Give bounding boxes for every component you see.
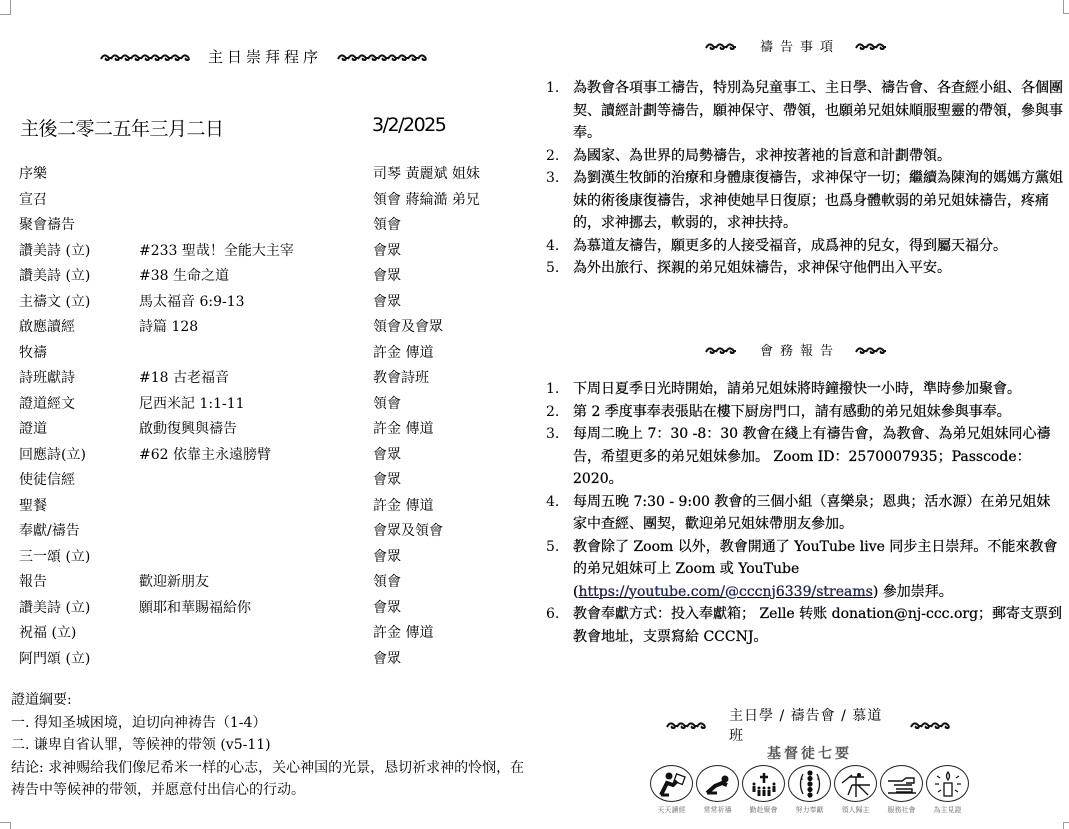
- requirement-label: 領人歸主: [842, 805, 870, 815]
- prayer-item: 2. 為國家、為世界的局勢禱告，求神按著祂的旨意和計劃帶領。: [535, 145, 1063, 168]
- program-leader: 許金 傳道: [373, 495, 433, 517]
- program-row: 讚美詩 (立) #233 聖哉！全能大主宰 會眾: [19, 240, 519, 266]
- item-number: 2.: [546, 401, 559, 424]
- requirement-label: 天天讀經: [658, 805, 686, 815]
- program-item: 聖餐: [19, 495, 47, 517]
- program-row: 奉獻/禱告 會眾及領會: [19, 520, 519, 546]
- program-row: 回應詩(立) #62 依靠主永遠膀臂 會眾: [19, 444, 519, 470]
- program-row: 牧禱 許金 傳道: [19, 342, 519, 368]
- program-leader: 許金 傳道: [373, 342, 433, 364]
- item-text: 第 2 季度事奉表張貼在樓下厨房門口，請有感動的弟兄姐妹參與事奉。: [573, 404, 1011, 420]
- requirement-label: 勤赴聚會: [750, 805, 778, 815]
- item-text: 為外出旅行、探親的弟兄姐妹禱告，求神保守他們出入平安。: [573, 260, 951, 276]
- program-item: 牧禱: [19, 342, 47, 364]
- program-item: 啟應讀經: [19, 316, 75, 338]
- program-item: 讚美詩 (立): [19, 265, 90, 287]
- program-content: 尼西米記 1:1-11: [139, 393, 245, 415]
- program-item: 報告: [19, 571, 47, 593]
- church-affairs-list: 1. 下周日夏季日光時開始，請弟兄姐妹將時鐘撥快一小時，準時參加聚會。 2. 第…: [535, 378, 1063, 648]
- program-row: 聚會禱告 領會: [19, 214, 519, 240]
- program-leader: 會眾及領會: [373, 520, 443, 542]
- item-number: 3.: [546, 423, 559, 446]
- item-text: 每周二晚上 7：30 -8：30 教會在綫上有禱告會，為教會、為弟兄姐妹同心禱告…: [573, 426, 1051, 487]
- announcements-page: 禱告事項 1. 為教會各項事工禱告，特別為兒童事工、主日學、禱告會、各查經小組、…: [535, 0, 1069, 829]
- item-text: 教會除了 Zoom 以外，教會開通了 YouTube live 同步主日崇拜。不…: [573, 539, 1057, 600]
- sermon-outline-title: 證道綱要:: [11, 689, 526, 712]
- candle-witness-icon: [926, 765, 969, 802]
- item-number: 4.: [546, 235, 559, 258]
- program-leader: 教會詩班: [373, 367, 429, 389]
- requirement-item: 努力奉獻: [787, 765, 832, 815]
- item-text: 教會奉獻方式：投入奉獻箱； Zelle 转账 donation@nj-ccc.o…: [573, 606, 1062, 645]
- program-item: 阿門頌 (立): [19, 648, 90, 670]
- worship-program-heading: 主日崇拜程序: [90, 46, 440, 67]
- program-row: 宣召 領會 蔣綸澔 弟兄: [19, 189, 519, 215]
- program-leader: 會眾: [373, 444, 401, 466]
- program-leader: 會眾: [373, 240, 401, 262]
- program-leader: 司琴 黃麗斌 姐妹: [373, 163, 480, 185]
- affairs-item: 4. 每周五晚 7:30 - 9:00 教會的三個小組（喜樂泉；恩典；活水源）在…: [535, 491, 1063, 536]
- program-item: 使徒信經: [19, 469, 75, 491]
- requirement-label: 常常祈禱: [704, 805, 732, 815]
- date-numeric: 3/2/2025: [372, 114, 445, 136]
- program-row: 讚美詩 (立) 願耶和華賜福給你 會眾: [19, 597, 519, 623]
- prayer-item: 3. 為劉漢生牧師的治療和身體康復禱告，求神保守一切；繼續為陳洵的媽媽方黨姐妹的…: [535, 167, 1063, 235]
- program-item: 證道: [19, 418, 47, 440]
- sermon-point: 二. 谦卑自省认罪，等候神的带领 (v5-11): [11, 734, 526, 757]
- requirement-item: 服務社會: [879, 765, 924, 815]
- program-leader: 許金 傳道: [373, 418, 433, 440]
- program-content: 願耶和華賜福給你: [139, 597, 251, 619]
- prayer-items-list: 1. 為教會各項事工禱告，特別為兒童事工、主日學、禱告會、各查經小組、各個團契、…: [535, 77, 1063, 280]
- program-content: #18 古老福音: [139, 367, 229, 389]
- program-row: 證道經文 尼西米記 1:1-11 領會: [19, 393, 519, 419]
- program-list: 序樂 司琴 黃麗斌 姐妹 宣召 領會 蔣綸澔 弟兄 聚會禱告 領會 讚美詩 (立…: [19, 163, 519, 673]
- program-row: 啟應讀經 詩篇 128 領會及會眾: [19, 316, 519, 342]
- item-text: 為劉漢生牧師的治療和身體康復禱告，求神保守一切；繼續為陳洵的媽媽方黨姐妹的術後康…: [573, 170, 1063, 231]
- item-text-after: ) 參加崇拜。: [873, 584, 953, 600]
- program-row: 祝福 (立) 許金 傳道: [19, 622, 519, 648]
- scroll-ornament-icon: [336, 52, 431, 62]
- program-item: 回應詩(立): [19, 444, 86, 466]
- classes-heading: 主日學 / 禱告會 / 慕道班: [665, 705, 955, 745]
- heading-text: 主日學 / 禱告會 / 慕道班: [729, 705, 891, 745]
- program-row: 證道 啟動復興與禱告 許金 傳道: [19, 418, 519, 444]
- requirement-item: 常常祈禱: [695, 765, 740, 815]
- program-row: 阿門頌 (立) 會眾: [19, 648, 519, 674]
- requirement-item: 天天讀經: [649, 765, 694, 815]
- worship-program-page: 主日崇拜程序 主後二零二五年三月二日 3/2/2025 序樂 司琴 黃麗斌 姐妹…: [0, 0, 534, 829]
- item-number: 1.: [546, 77, 559, 100]
- affairs-item: 5. 教會除了 Zoom 以外，教會開通了 YouTube live 同步主日崇…: [535, 536, 1063, 604]
- program-row: 讚美詩 (立) #38 生命之道 會眾: [19, 265, 519, 291]
- evangelism-icon: [834, 765, 877, 802]
- program-leader: 會眾: [373, 469, 401, 491]
- program-item: 祝福 (立): [19, 622, 76, 644]
- item-number: 2.: [546, 145, 559, 168]
- program-item: 詩班獻詩: [19, 367, 75, 389]
- item-text: 每周五晚 7:30 - 9:00 教會的三個小組（喜樂泉；恩典；活水源）在弟兄姐…: [573, 494, 1050, 533]
- program-leader: 會眾: [373, 265, 401, 287]
- serving-society-icon: [880, 765, 923, 802]
- fish-offering-icon: [788, 765, 831, 802]
- program-row: 報告 歡迎新朋友 領會: [19, 571, 519, 597]
- item-number: 4.: [546, 491, 559, 514]
- requirement-item: 為主見證: [925, 765, 970, 815]
- program-leader: 許金 傳道: [373, 622, 433, 644]
- church-affairs-heading: 會務報告: [675, 340, 925, 359]
- program-content: #233 聖哉！全能大主宰: [139, 240, 294, 262]
- program-content: 啟動復興與禱告: [139, 418, 237, 440]
- item-number: 3.: [546, 167, 559, 190]
- requirement-label: 努力奉獻: [796, 805, 824, 815]
- program-content: 詩篇 128: [139, 316, 198, 338]
- reading-bible-icon: [650, 765, 693, 802]
- item-number: 5.: [546, 536, 559, 559]
- prayer-items-heading: 禱告事項: [675, 36, 925, 55]
- program-item: 主禱文 (立): [19, 291, 90, 313]
- program-leader: 會眾: [373, 546, 401, 568]
- program-row: 使徒信經 會眾: [19, 469, 519, 495]
- program-content: 歡迎新朋友: [139, 571, 209, 593]
- program-content: 馬太福音 6:9-13: [139, 291, 245, 313]
- program-item: 奉獻/禱告: [19, 520, 80, 542]
- item-number: 1.: [546, 378, 559, 401]
- youtube-streams-link[interactable]: https://youtube.com/@cccnj6339/streams: [578, 584, 872, 600]
- requirement-label: 服務社會: [888, 805, 916, 815]
- scroll-ornament-icon: [854, 345, 896, 355]
- affairs-item: 3. 每周二晚上 7：30 -8：30 教會在綫上有禱告會，為教會、為弟兄姐妹同…: [535, 423, 1063, 491]
- seven-christian-requirements-graphic: 基督徒七要 天天讀經 常常祈禱 勤赴聚會: [647, 745, 972, 825]
- heading-text: 會務報告: [760, 340, 840, 359]
- program-content: #62 依靠主永遠膀臂: [139, 444, 271, 466]
- program-item: 序樂: [19, 163, 47, 185]
- program-leader: 會眾: [373, 291, 401, 313]
- program-item: 讚美詩 (立): [19, 240, 90, 262]
- heading-text: 禱告事項: [760, 36, 840, 55]
- program-item: 三一頌 (立): [19, 546, 90, 568]
- item-text: 為慕道友禱告，願更多的人接受福音，成爲神的兒女，得到屬天福分。: [573, 238, 1007, 254]
- program-content: #38 生命之道: [139, 265, 229, 287]
- program-row: 序樂 司琴 黃麗斌 姐妹: [19, 163, 519, 189]
- scroll-ornament-icon: [99, 52, 194, 62]
- date-chinese: 主後二零二五年三月二日: [20, 114, 224, 141]
- item-text: 為國家、為世界的局勢禱告，求神按著祂的旨意和計劃帶領。: [573, 148, 951, 164]
- scroll-ornament-icon: [665, 720, 711, 730]
- program-row: 三一頌 (立) 會眾: [19, 546, 519, 572]
- item-number: 5.: [546, 257, 559, 280]
- program-item: 聚會禱告: [19, 214, 75, 236]
- program-item: 讚美詩 (立): [19, 597, 90, 619]
- sermon-conclusion: 结论: 求神赐给我们像尼希米一样的心志，关心神国的光景，恳切祈求神的怜悯，在祷告…: [11, 757, 526, 802]
- affairs-item: 6. 教會奉獻方式：投入奉獻箱； Zelle 转账 donation@nj-cc…: [535, 603, 1063, 648]
- program-leader: 領會: [373, 214, 401, 236]
- sermon-outline: 證道綱要: 一. 得知圣城困境，迫切向神祷告（1-4） 二. 谦卑自省认罪，等候…: [11, 689, 526, 802]
- affairs-item: 1. 下周日夏季日光時開始，請弟兄姐妹將時鐘撥快一小時，準時參加聚會。: [535, 378, 1063, 401]
- requirement-item: 勤赴聚會: [741, 765, 786, 815]
- scroll-ornament-icon: [704, 41, 746, 51]
- program-leader: 會眾: [373, 597, 401, 619]
- requirement-item: 領人歸主: [833, 765, 878, 815]
- item-text: 為教會各項事工禱告，特別為兒童事工、主日學、禱告會、各查經小組、各個團契、讀經計…: [573, 80, 1063, 141]
- scroll-ornament-icon: [704, 345, 746, 355]
- item-number: 6.: [546, 603, 559, 626]
- program-row: 詩班獻詩 #18 古老福音 教會詩班: [19, 367, 519, 393]
- prayer-item: 5. 為外出旅行、探親的弟兄姐妹禱告，求神保守他們出入平安。: [535, 257, 1063, 280]
- item-text: 下周日夏季日光時開始，請弟兄姐妹將時鐘撥快一小時，準時參加聚會。: [573, 381, 1021, 397]
- program-leader: 領會: [373, 571, 401, 593]
- gathering-icon: [742, 765, 785, 802]
- program-item: 宣召: [19, 189, 47, 211]
- affairs-item: 2. 第 2 季度事奉表張貼在樓下厨房門口，請有感動的弟兄姐妹參與事奉。: [535, 401, 1063, 424]
- heading-text: 主日崇拜程序: [208, 46, 322, 67]
- sermon-point: 一. 得知圣城困境，迫切向神祷告（1-4）: [11, 712, 526, 735]
- program-row: 聖餐 許金 傳道: [19, 495, 519, 521]
- program-leader: 會眾: [373, 648, 401, 670]
- prayer-item: 1. 為教會各項事工禱告，特別為兒童事工、主日學、禱告會、各查經小組、各個團契、…: [535, 77, 1063, 145]
- program-leader: 領會: [373, 393, 401, 415]
- prayer-item: 4. 為慕道友禱告，願更多的人接受福音，成爲神的兒女，得到屬天福分。: [535, 235, 1063, 258]
- scroll-ornament-icon: [909, 720, 955, 730]
- praying-icon: [696, 765, 739, 802]
- scroll-ornament-icon: [854, 41, 896, 51]
- program-row: 主禱文 (立) 馬太福音 6:9-13 會眾: [19, 291, 519, 317]
- program-leader: 領會及會眾: [373, 316, 443, 338]
- seven-reqs-title: 基督徒七要: [647, 745, 972, 765]
- program-leader: 領會 蔣綸澔 弟兄: [373, 189, 480, 211]
- requirement-label: 為主見證: [934, 805, 962, 815]
- program-item: 證道經文: [19, 393, 75, 415]
